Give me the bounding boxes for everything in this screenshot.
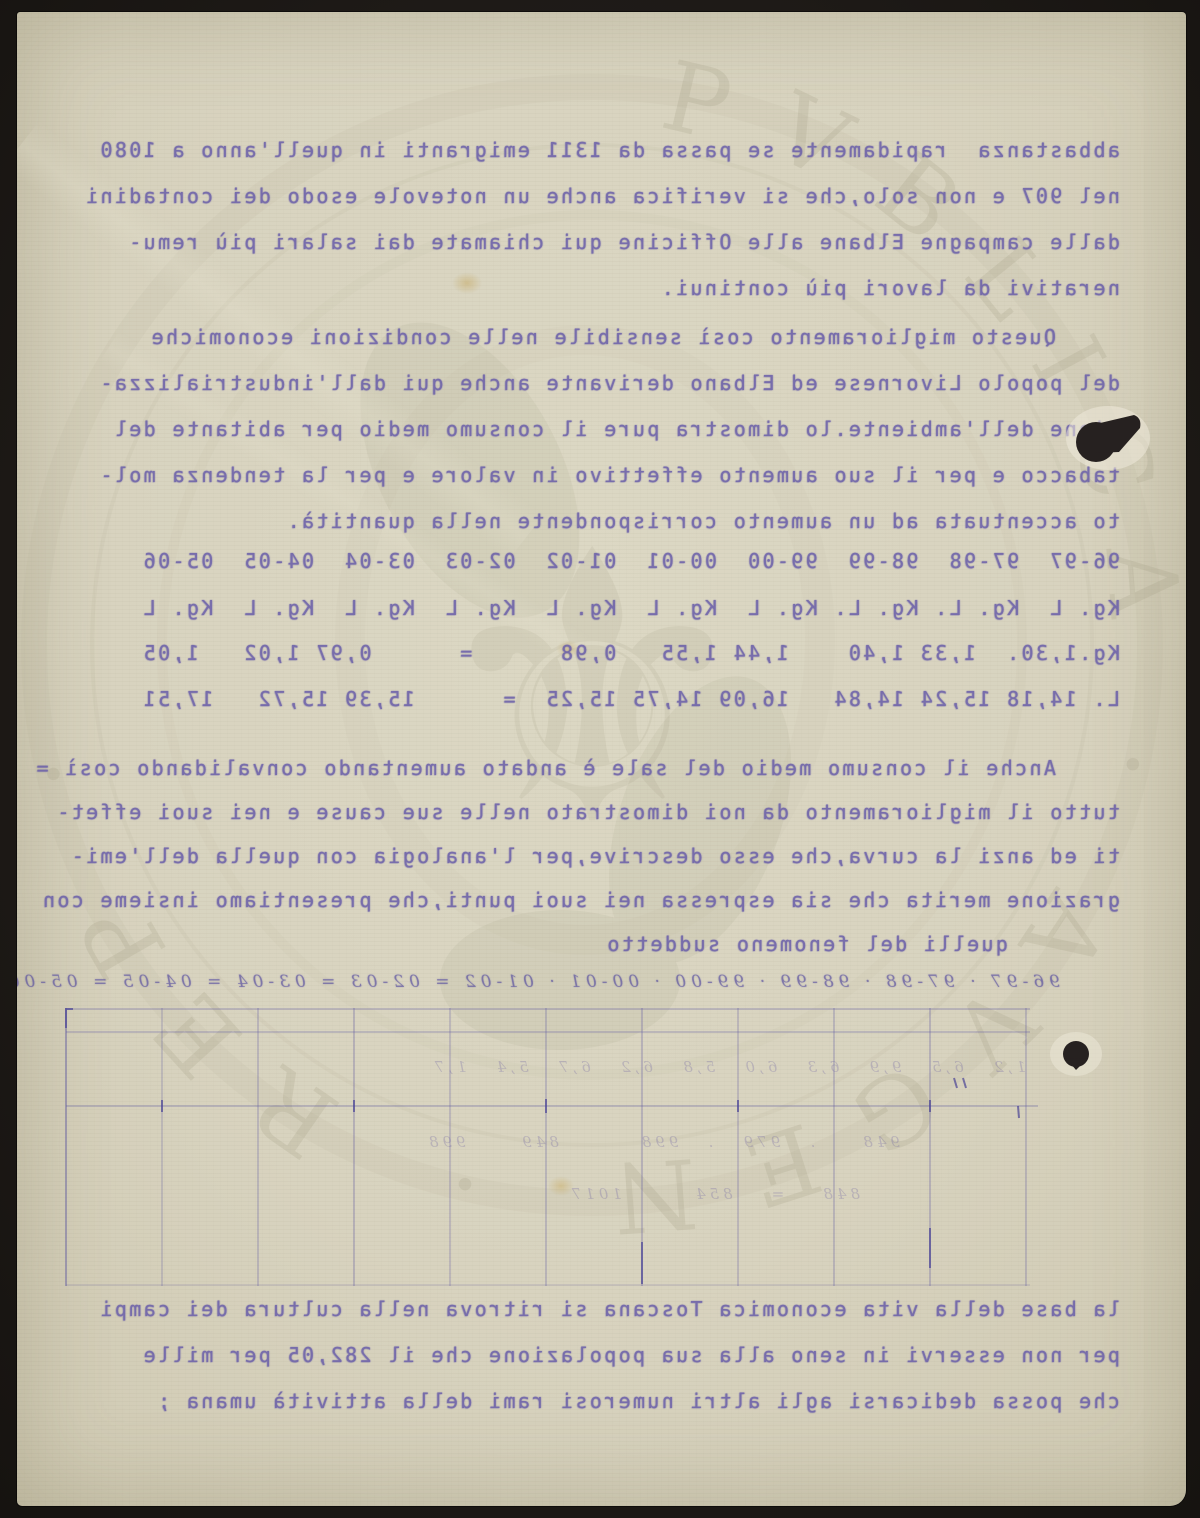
artifact-layer bbox=[17, 12, 1186, 1506]
scan-background: PVBLICA · AVGEN · REP · ⚜ bbox=[0, 0, 1200, 1518]
document-page: PVBLICA · AVGEN · REP · ⚜ bbox=[17, 12, 1186, 1506]
